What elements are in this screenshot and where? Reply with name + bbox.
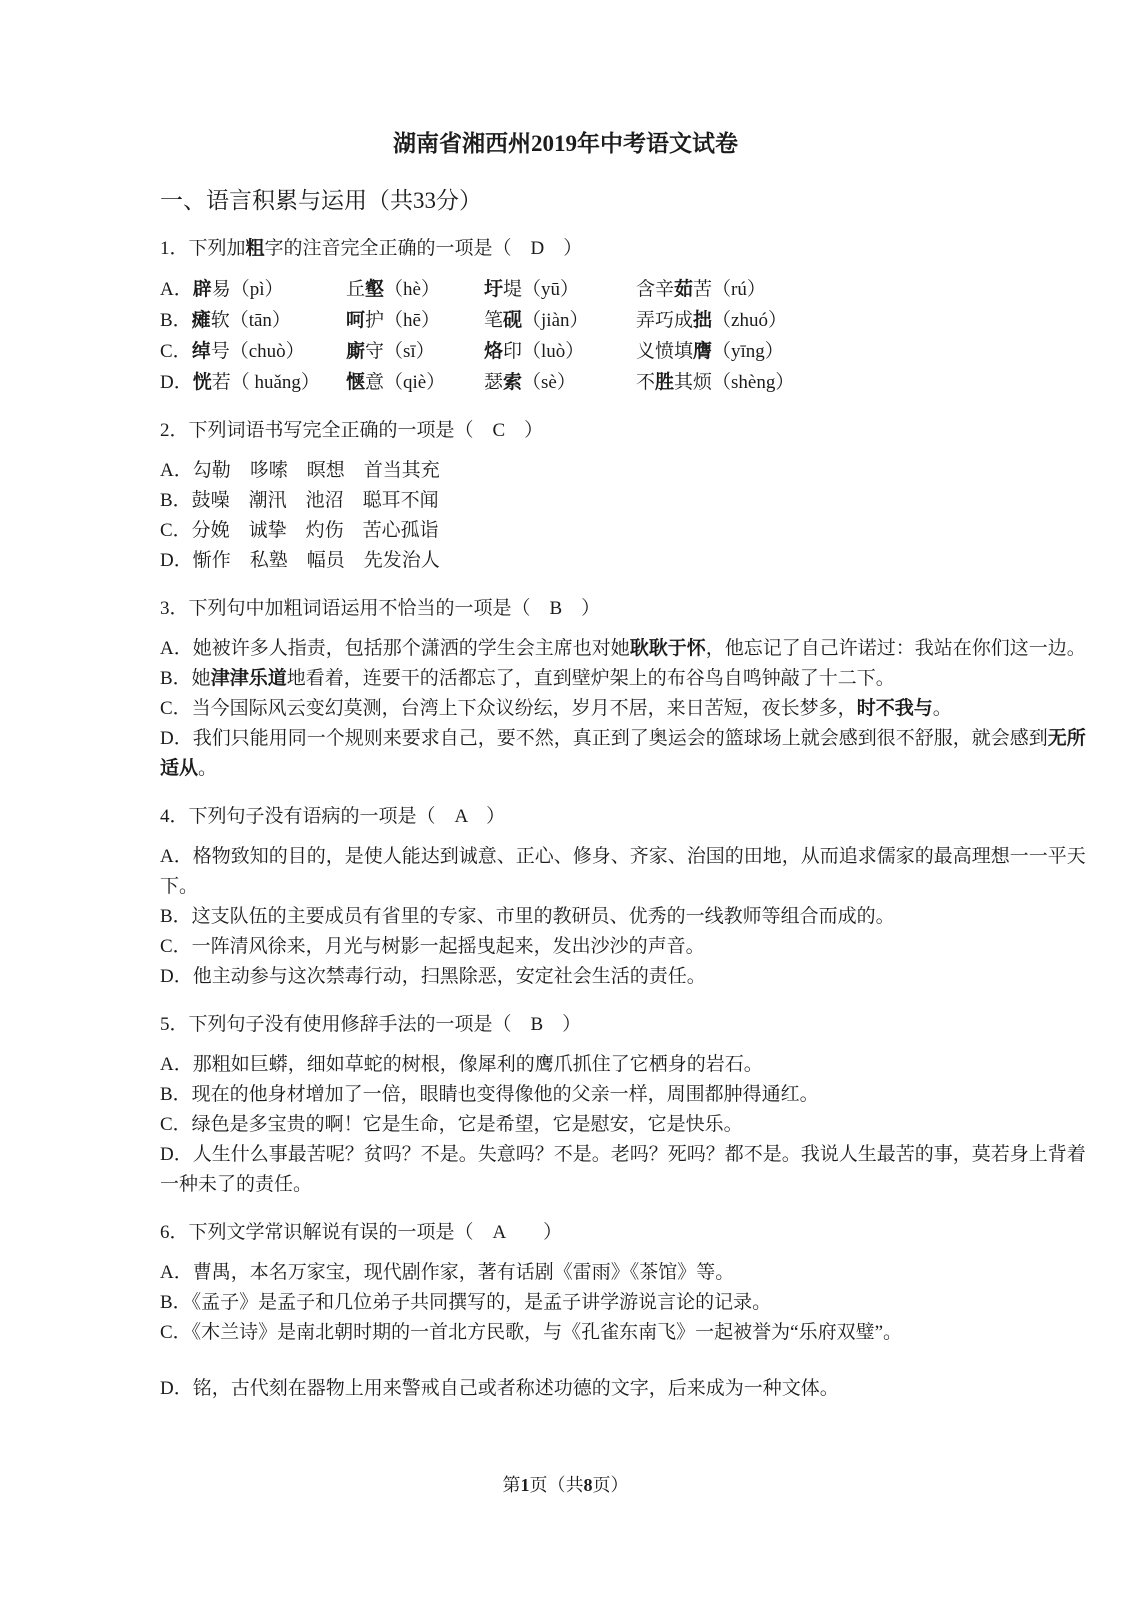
q4-option-d: D．他主动参与这次禁毒行动，扫黑除恶，安定社会生活的责任。 <box>160 962 1091 992</box>
question-5-stem: 5．下列句子没有使用修辞手法的一项是（ B ） <box>160 1010 1091 1040</box>
q1-c-item-2: 廝守（sī） <box>346 336 484 367</box>
q2-option-c: C．分娩 诚挚 灼伤 苦心孤诣 <box>160 516 1091 546</box>
q1-a-item-1: A．辟易（pì） <box>160 274 346 305</box>
question-3-stem: 3．下列句中加粗词语运用不恰当的一项是（ B ） <box>160 594 1091 624</box>
q5-option-b: B．现在的他身材增加了一倍，眼睛也变得像他的父亲一样，周围都肿得通红。 <box>160 1080 1091 1110</box>
q2-option-d: D．惭作 私塾 幅员 先发治人 <box>160 546 1091 576</box>
q3-option-d: D．我们只能用同一个规则来要求自己，要不然，真正到了奥运会的篮球场上就会感到很不… <box>160 724 1091 784</box>
q1-a-item-2: 丘壑（hè） <box>346 274 484 305</box>
q3-option-c: C．当今国际风云变幻莫测，台湾上下众议纷纭，岁月不居，来日苦短，夜长梦多，时不我… <box>160 694 1091 724</box>
q4-option-a: A．格物致知的目的，是使人能达到诚意、正心、修身、齐家、治国的田地，从而追求儒家… <box>160 842 1091 902</box>
q5-option-c: C．绿色是多宝贵的啊！它是生命，它是希望，它是慰安，它是快乐。 <box>160 1110 1091 1140</box>
question-6-stem: 6．下列文学常识解说有误的一项是（ A ） <box>160 1218 1091 1248</box>
exam-paper-page: 湖南省湘西州2019年中考语文试卷 一、语言积累与运用（共33分） 1．下列加粗… <box>0 0 1131 1600</box>
q2-option-b: B．鼓噪 潮汛 池沼 聪耳不闻 <box>160 486 1091 516</box>
q1-option-row-b: B．瘫软（tān） 呵护（hē） 笔砚（jiàn） 弄巧成拙（zhuó） <box>160 305 1091 336</box>
q3-option-b: B．她津津乐道地看着，连要干的活都忘了，直到壁炉架上的布谷鸟自鸣钟敲了十二下。 <box>160 664 1091 694</box>
question-1: 1．下列加粗字的注音完全正确的一项是（ D ） A．辟易（pì） 丘壑（hè） … <box>160 234 1091 398</box>
question-4-stem: 4．下列句子没有语病的一项是（ A ） <box>160 802 1091 832</box>
q6-option-d: D．铭，古代刻在器物上用来警戒自己或者称述功德的文字，后来成为一种文体。 <box>160 1374 1091 1404</box>
q1-b-item-3: 笔砚（jiàn） <box>484 305 636 336</box>
document-body: 一、语言积累与运用（共33分） 1．下列加粗字的注音完全正确的一项是（ D ） … <box>0 186 1131 1404</box>
q6-option-b: B．《孟子》是孟子和几位弟子共同撰写的，是孟子讲学游说言论的记录。 <box>160 1288 1091 1318</box>
question-3: 3．下列句中加粗词语运用不恰当的一项是（ B ） A．她被许多人指责，包括那个潇… <box>160 594 1091 784</box>
q1-d-item-2: 惬意（qiè） <box>346 367 484 398</box>
q4-option-c: C．一阵清风徐来，月光与树影一起摇曳起来，发出沙沙的声音。 <box>160 932 1091 962</box>
q1-b-item-2: 呵护（hē） <box>346 305 484 336</box>
q4-option-b: B．这支队伍的主要成员有省里的专家、市里的教研员、优秀的一线教师等组合而成的。 <box>160 902 1091 932</box>
question-1-stem: 1．下列加粗字的注音完全正确的一项是（ D ） <box>160 234 1091 264</box>
q5-option-a: A．那粗如巨蟒，细如草蛇的树根，像犀利的鹰爪抓住了它栖身的岩石。 <box>160 1050 1091 1080</box>
q1-c-item-1: C．绰号（chuò） <box>160 336 346 367</box>
page-footer: 第1页（共8页） <box>0 1474 1131 1496</box>
question-2-stem: 2．下列词语书写完全正确的一项是（ C ） <box>160 416 1091 446</box>
question-2-options: A．勾勒 哆嗦 暝想 首当其充 B．鼓噪 潮汛 池沼 聪耳不闻 C．分娩 诚挚 … <box>160 456 1091 576</box>
q3-option-a: A．她被许多人指责，包括那个潇洒的学生会主席也对她耿耿于怀，他忘记了自己许诺过：… <box>160 634 1091 664</box>
q6-option-c: C．《木兰诗》是南北朝时期的一首北方民歌，与《孔雀东南飞》一起被誉为“乐府双璧”… <box>160 1318 1091 1348</box>
q1-d-item-1: D．恍若（ huǎng） <box>160 367 346 398</box>
question-5: 5．下列句子没有使用修辞手法的一项是（ B ） A．那粗如巨蟒，细如草蛇的树根，… <box>160 1010 1091 1200</box>
q1-a-item-3: 圩堤（yū） <box>484 274 636 305</box>
q1-c-item-3: 烙印（luò） <box>484 336 636 367</box>
q5-option-d: D．人生什么事最苦呢？贫吗？不是。失意吗？不是。老吗？死吗？都不是。我说人生最苦… <box>160 1140 1091 1200</box>
q6-option-a: A．曹禺，本名万家宝，现代剧作家，著有话剧《雷雨》《茶馆》等。 <box>160 1258 1091 1288</box>
q1-b-item-4: 弄巧成拙（zhuó） <box>636 305 1091 336</box>
q1-option-row-c: C．绰号（chuò） 廝守（sī） 烙印（luò） 义愤填膺（yīng） <box>160 336 1091 367</box>
q1-a-item-4: 含辛茹苦（rú） <box>636 274 1091 305</box>
question-4: 4．下列句子没有语病的一项是（ A ） A．格物致知的目的，是使人能达到诚意、正… <box>160 802 1091 992</box>
q1-d-item-3: 瑟索（sè） <box>484 367 636 398</box>
q1-d-item-4: 不胜其烦（shèng） <box>636 367 1091 398</box>
question-1-options: A．辟易（pì） 丘壑（hè） 圩堤（yū） 含辛茹苦（rú） B．瘫软（tān… <box>160 274 1091 398</box>
section-heading: 一、语言积累与运用（共33分） <box>160 186 1091 216</box>
question-3-options: A．她被许多人指责，包括那个潇洒的学生会主席也对她耿耿于怀，他忘记了自己许诺过：… <box>160 634 1091 784</box>
question-2: 2．下列词语书写完全正确的一项是（ C ） A．勾勒 哆嗦 暝想 首当其充 B．… <box>160 416 1091 576</box>
question-5-options: A．那粗如巨蟒，细如草蛇的树根，像犀利的鹰爪抓住了它栖身的岩石。 B．现在的他身… <box>160 1050 1091 1200</box>
q1-option-row-d: D．恍若（ huǎng） 惬意（qiè） 瑟索（sè） 不胜其烦（shèng） <box>160 367 1091 398</box>
q1-option-row-a: A．辟易（pì） 丘壑（hè） 圩堤（yū） 含辛茹苦（rú） <box>160 274 1091 305</box>
q1-c-item-4: 义愤填膺（yīng） <box>636 336 1091 367</box>
question-6: 6．下列文学常识解说有误的一项是（ A ） A．曹禺，本名万家宝，现代剧作家，著… <box>160 1218 1091 1404</box>
q2-option-a: A．勾勒 哆嗦 暝想 首当其充 <box>160 456 1091 486</box>
page-title: 湖南省湘西州2019年中考语文试卷 <box>0 130 1131 158</box>
question-4-options: A．格物致知的目的，是使人能达到诚意、正心、修身、齐家、治国的田地，从而追求儒家… <box>160 842 1091 992</box>
question-6-options: A．曹禺，本名万家宝，现代剧作家，著有话剧《雷雨》《茶馆》等。 B．《孟子》是孟… <box>160 1258 1091 1404</box>
q1-b-item-1: B．瘫软（tān） <box>160 305 346 336</box>
